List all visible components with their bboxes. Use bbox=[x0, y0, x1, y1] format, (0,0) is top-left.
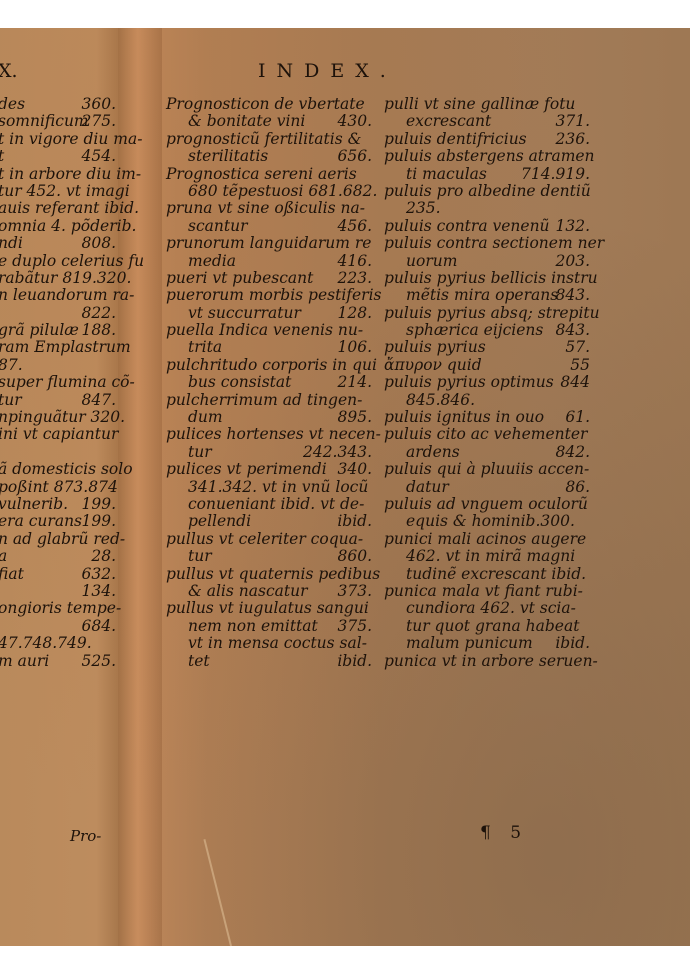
index-entry: vt in mensa coctus sal- bbox=[166, 635, 372, 652]
entry-text: pulices vt perimendi bbox=[166, 461, 327, 478]
index-entry: excrescant371. bbox=[384, 113, 590, 130]
entry-page-number: 895. bbox=[337, 409, 372, 426]
index-entry: puluis ignitus in ouo61. bbox=[384, 409, 590, 426]
entry-text: puluis abstergens atramen bbox=[384, 148, 595, 165]
entry-text: n ad glabrũ red- bbox=[0, 531, 125, 548]
entry-text: ini vt capiantur bbox=[0, 426, 118, 443]
index-entry: puluis qui à pluuiis accen- bbox=[384, 461, 590, 478]
index-entry: n leuandorum ra- bbox=[0, 287, 116, 304]
index-entry: tur242.343. bbox=[166, 444, 372, 461]
entry-text: pueri vt pubescant bbox=[166, 270, 313, 287]
entry-page-number: 860. bbox=[337, 548, 372, 565]
entry-text: equis & hominib.300. bbox=[406, 513, 575, 530]
entry-page-number: 214. bbox=[337, 374, 372, 391]
entry-page-number: 340. bbox=[337, 461, 372, 478]
index-entry: pullus vt iugulatus sangui bbox=[166, 600, 372, 617]
index-entry: pulcherrimum ad tingen- bbox=[166, 392, 372, 409]
entry-text: trita bbox=[188, 339, 222, 356]
index-entry: ndi808. bbox=[0, 235, 116, 252]
entry-text: punici mali acinos augere bbox=[384, 531, 586, 548]
entry-text: auis referant ibid. bbox=[0, 200, 139, 217]
catchword: Pro- bbox=[70, 827, 101, 845]
book-page-scan: X. INDEX. des360.somnificum275.t in vigo… bbox=[0, 28, 690, 946]
entry-text: e duplo celerius fu bbox=[0, 253, 144, 270]
entry-text: vt in mensa coctus sal- bbox=[188, 635, 367, 652]
entry-text: puerorum morbis pestiferis bbox=[166, 287, 382, 304]
entry-page-number: 223. bbox=[337, 270, 372, 287]
entry-text: puluis dentifricius bbox=[384, 131, 527, 148]
entry-page-number: 360. bbox=[81, 96, 116, 113]
index-entry: dum895. bbox=[166, 409, 372, 426]
index-entry: puluis abstergens atramen bbox=[384, 148, 590, 165]
index-entry: Prognosticon de vbertate bbox=[166, 96, 372, 113]
entry-text: puluis cito ac vehementer bbox=[384, 426, 587, 443]
entry-text: des bbox=[0, 96, 25, 113]
index-entry: punici mali acinos augere bbox=[384, 531, 590, 548]
entry-page-number: 199. bbox=[81, 513, 116, 530]
entry-text: prognosticũ fertilitatis & bbox=[166, 131, 361, 148]
index-entry: vulnerib.199. bbox=[0, 496, 116, 513]
entry-page-number: 847. bbox=[81, 392, 116, 409]
index-entry: n ad glabrũ red- bbox=[0, 531, 116, 548]
index-entry: fiat632. bbox=[0, 566, 116, 583]
page-title: INDEX. bbox=[258, 60, 397, 82]
entry-text: pulcherrimum ad tingen- bbox=[166, 392, 362, 409]
entry-text: malum punicum bbox=[406, 635, 533, 652]
entry-text: tet bbox=[188, 653, 210, 670]
entry-text: npinguãtur 320. bbox=[0, 409, 125, 426]
entry-text: tur bbox=[188, 444, 212, 461]
entry-text: conueniant ibid. vt de- bbox=[188, 496, 364, 513]
index-entry: uorum203. bbox=[384, 253, 590, 270]
index-entry: scantur456. bbox=[166, 218, 372, 235]
entry-page-number: 86. bbox=[565, 479, 590, 496]
index-entry: 684. bbox=[0, 618, 116, 635]
entry-text: Prognosticon de vbertate bbox=[166, 96, 365, 113]
index-entry: pulchritudo corporis in qui bbox=[166, 357, 372, 374]
entry-text: vulnerib. bbox=[0, 496, 68, 513]
entry-page-number: 106. bbox=[337, 339, 372, 356]
index-entry: sphærica eijciens843. bbox=[384, 322, 590, 339]
entry-text: puluis qui à pluuiis accen- bbox=[384, 461, 589, 478]
index-entry: prognosticũ fertilitatis & bbox=[166, 131, 372, 148]
index-entry: era curans199. bbox=[0, 513, 116, 530]
entry-text: pullus vt iugulatus sangui bbox=[166, 600, 369, 617]
entry-text: puluis pyrius bbox=[384, 339, 486, 356]
index-entry: pulices vt perimendi340. bbox=[166, 461, 372, 478]
entry-text: datur bbox=[406, 479, 449, 496]
index-entry: ti maculas714.919. bbox=[384, 166, 590, 183]
entry-text: pulli vt sine gallinæ fotu bbox=[384, 96, 575, 113]
signature-mark: ¶ 5 bbox=[480, 823, 521, 843]
index-entry: t in arbore diu im- bbox=[0, 166, 116, 183]
index-entry: 822. bbox=[0, 305, 116, 322]
index-entry: e duplo celerius fu bbox=[0, 253, 116, 270]
index-entry: poßint 873.874 bbox=[0, 479, 116, 496]
entry-text: 845.846. bbox=[406, 392, 475, 409]
entry-page-number: 28. bbox=[91, 548, 116, 565]
index-entry: nem non emittat375. bbox=[166, 618, 372, 635]
entry-page-number: 128. bbox=[337, 305, 372, 322]
index-entry: omnia 4. põderib. bbox=[0, 218, 116, 235]
index-entry: punica mala vt fiant rubi- bbox=[384, 583, 590, 600]
entry-text: ã domesticis solo bbox=[0, 461, 133, 478]
entry-page-number: 242.343. bbox=[303, 444, 372, 461]
index-entry: equis & hominib.300. bbox=[384, 513, 590, 530]
entry-text: ἄπυρον quid bbox=[384, 357, 482, 374]
entry-text: puluis contra venenũ bbox=[384, 218, 550, 235]
entry-text: & bonitate vini bbox=[188, 113, 305, 130]
entry-text: tur 452. vt imagi bbox=[0, 183, 130, 200]
index-entry: Prognostica sereni aeris bbox=[166, 166, 372, 183]
index-entry: bus consistat214. bbox=[166, 374, 372, 391]
entry-text: tur quot grana habeat bbox=[406, 618, 579, 635]
entry-text: poßint 873.874 bbox=[0, 479, 118, 496]
entry-text: puluis pyrius absq; strepitu bbox=[384, 305, 600, 322]
entry-text: sterilitatis bbox=[188, 148, 268, 165]
entry-text: media bbox=[188, 253, 236, 270]
index-entry: grã pilulæ188. bbox=[0, 322, 116, 339]
index-entry: npinguãtur 320. bbox=[0, 409, 116, 426]
entry-page-number: 375. bbox=[337, 618, 372, 635]
entry-text: pulices hortenses vt necen- bbox=[166, 426, 381, 443]
index-entry: pulli vt sine gallinæ fotu bbox=[384, 96, 590, 113]
entry-text: pellendi bbox=[188, 513, 251, 530]
index-entry: 87. bbox=[0, 357, 116, 374]
entry-text: pulchritudo corporis in qui bbox=[166, 357, 377, 374]
entry-text: grã pilulæ bbox=[0, 322, 79, 339]
index-entry: super flumina cõ- bbox=[0, 374, 116, 391]
entry-page-number: 525. bbox=[81, 653, 116, 670]
index-entry: puluis ad vnguem oculorũ bbox=[384, 496, 590, 513]
index-entry: auis referant ibid. bbox=[0, 200, 116, 217]
entry-page-number: 454. bbox=[81, 148, 116, 165]
index-entry: pulices hortenses vt necen- bbox=[166, 426, 372, 443]
entry-page-number: 430. bbox=[337, 113, 372, 130]
entry-text: punica vt in arbore seruen- bbox=[384, 653, 598, 670]
entry-text: bus consistat bbox=[188, 374, 291, 391]
entry-text: ardens bbox=[406, 444, 460, 461]
index-entry: datur86. bbox=[384, 479, 590, 496]
index-entry: 341.342. vt in vnũ locũ bbox=[166, 479, 372, 496]
entry-text: scantur bbox=[188, 218, 247, 235]
entry-page-number: ibid. bbox=[337, 513, 372, 530]
entry-page-number: 822. bbox=[81, 305, 116, 322]
index-entry: ardens842. bbox=[384, 444, 590, 461]
index-entry: tudinẽ excrescant ibid. bbox=[384, 566, 590, 583]
index-entry: puluis pyrius bellicis instru bbox=[384, 270, 590, 287]
entry-page-number: 416. bbox=[337, 253, 372, 270]
index-entry: t454. bbox=[0, 148, 116, 165]
index-entry: sterilitatis656. bbox=[166, 148, 372, 165]
entry-text: ongioris tempe- bbox=[0, 600, 121, 617]
entry-page-number: 371. bbox=[555, 113, 590, 130]
index-entry: pullus vt celeriter coqua- bbox=[166, 531, 372, 548]
index-entry: 134. bbox=[0, 583, 116, 600]
entry-page-number: ibid. bbox=[337, 653, 372, 670]
index-entry: tur847. bbox=[0, 392, 116, 409]
index-entry: pueri vt pubescant223. bbox=[166, 270, 372, 287]
entry-text: dum bbox=[188, 409, 223, 426]
entry-text: pullus vt quaternis pedibus bbox=[166, 566, 380, 583]
index-column-right: pulli vt sine gallinæ fotuexcrescant371.… bbox=[384, 96, 590, 670]
entry-page-number: 61. bbox=[565, 409, 590, 426]
index-entry: vt succurratur128. bbox=[166, 305, 372, 322]
entry-page-number: 632. bbox=[81, 566, 116, 583]
index-entry: media416. bbox=[166, 253, 372, 270]
index-entry: 462. vt in mirã magni bbox=[384, 548, 590, 565]
entry-text: puluis pro albedine dentiũ bbox=[384, 183, 591, 200]
entry-text: era curans bbox=[0, 513, 82, 530]
entry-text: puluis ignitus in ouo bbox=[384, 409, 544, 426]
entry-text: t bbox=[0, 148, 4, 165]
index-entry: puluis pyrius optimus844 bbox=[384, 374, 590, 391]
entry-text: super flumina cõ- bbox=[0, 374, 135, 391]
entry-page-number: 656. bbox=[337, 148, 372, 165]
entry-page-number: 275. bbox=[81, 113, 116, 130]
entry-page-number: 57. bbox=[565, 339, 590, 356]
entry-text: somnificum bbox=[0, 113, 89, 130]
entry-text: 87. bbox=[0, 357, 23, 374]
index-entry: puluis contra sectionem ner bbox=[384, 235, 590, 252]
entry-text: m auri bbox=[0, 653, 49, 670]
entry-text: t in vigore diu ma- bbox=[0, 131, 142, 148]
index-entry: puella Indica venenis nu- bbox=[166, 322, 372, 339]
index-entry: 47.748.749. bbox=[0, 635, 116, 652]
entry-text: puluis pyrius optimus bbox=[384, 374, 554, 391]
entry-page-number: 714.919. bbox=[521, 166, 590, 183]
entry-page-number: 132. bbox=[555, 218, 590, 235]
entry-page-number: 134. bbox=[81, 583, 116, 600]
index-entry: des360. bbox=[0, 96, 116, 113]
index-entry: puluis cito ac vehementer bbox=[384, 426, 590, 443]
index-entry: & bonitate vini430. bbox=[166, 113, 372, 130]
index-entry: & alis nascatur373. bbox=[166, 583, 372, 600]
index-entry: ini vt capiantur bbox=[0, 426, 116, 443]
index-entry: puluis pyrius57. bbox=[384, 339, 590, 356]
entry-text: 341.342. vt in vnũ locũ bbox=[188, 479, 368, 496]
index-entry: tur 452. vt imagi bbox=[0, 183, 116, 200]
entry-text: sphærica eijciens bbox=[406, 322, 543, 339]
entry-text: 680 tẽpestuosi 681.682. bbox=[188, 183, 377, 200]
entry-page-number: 373. bbox=[337, 583, 372, 600]
entry-text: a bbox=[0, 548, 7, 565]
entry-page-number: 203. bbox=[555, 253, 590, 270]
index-entry: somnificum275. bbox=[0, 113, 116, 130]
entry-page-number: 456. bbox=[337, 218, 372, 235]
entry-page-number: 842. bbox=[555, 444, 590, 461]
entry-text: 235. bbox=[406, 200, 441, 217]
index-entry: malum punicumibid. bbox=[384, 635, 590, 652]
entry-text: fiat bbox=[0, 566, 24, 583]
index-entry: rabãtur 819.320. bbox=[0, 270, 116, 287]
index-entry: ã domesticis solo bbox=[0, 461, 116, 478]
index-entry: puluis pyrius absq; strepitu bbox=[384, 305, 590, 322]
entry-page-number: ibid. bbox=[555, 635, 590, 652]
index-entry: punica vt in arbore seruen- bbox=[384, 653, 590, 670]
index-entry: tetibid. bbox=[166, 653, 372, 670]
left-page-column: des360.somnificum275.t in vigore diu ma-… bbox=[0, 96, 116, 670]
entry-text: ndi bbox=[0, 235, 23, 252]
entry-text: n leuandorum ra- bbox=[0, 287, 134, 304]
entry-page-number: 188. bbox=[81, 322, 116, 339]
entry-text: uorum bbox=[406, 253, 457, 270]
index-entry: puluis contra venenũ132. bbox=[384, 218, 590, 235]
index-entry: 235. bbox=[384, 200, 590, 217]
index-entry bbox=[0, 444, 116, 461]
index-entry: trita106. bbox=[166, 339, 372, 356]
entry-text: omnia 4. põderib. bbox=[0, 218, 136, 235]
paper-crease bbox=[203, 839, 232, 946]
entry-text: pullus vt celeriter coqua- bbox=[166, 531, 363, 548]
entry-text: tur bbox=[0, 392, 22, 409]
entry-text: t in arbore diu im- bbox=[0, 166, 141, 183]
entry-text: tur bbox=[188, 548, 212, 565]
index-entry: ongioris tempe- bbox=[0, 600, 116, 617]
entry-text: puella Indica venenis nu- bbox=[166, 322, 363, 339]
entry-text: pruna vt sine oßiculis na- bbox=[166, 200, 365, 217]
index-column-middle: Prognosticon de vbertate& bonitate vini4… bbox=[166, 96, 372, 670]
entry-text: ram Emplastrum bbox=[0, 339, 131, 356]
index-entry: ram Emplastrum bbox=[0, 339, 116, 356]
entry-text: puluis pyrius bellicis instru bbox=[384, 270, 598, 287]
entry-text: 462. vt in mirã magni bbox=[406, 548, 575, 565]
entry-text: ti maculas bbox=[406, 166, 487, 183]
index-entry: tur860. bbox=[166, 548, 372, 565]
index-entry: pullus vt quaternis pedibus bbox=[166, 566, 372, 583]
index-entry: t in vigore diu ma- bbox=[0, 131, 116, 148]
entry-page-number: 844 bbox=[560, 374, 590, 391]
entry-page-number: 199. bbox=[81, 496, 116, 513]
index-entry: puerorum morbis pestiferis bbox=[166, 287, 372, 304]
entry-page-number: 236. bbox=[555, 131, 590, 148]
index-entry: ἄπυρον quid55 bbox=[384, 357, 590, 374]
index-entry: tur quot grana habeat bbox=[384, 618, 590, 635]
index-entry: prunorum languidarum re bbox=[166, 235, 372, 252]
entry-page-number: 843. bbox=[555, 322, 590, 339]
entry-page-number: 843. bbox=[555, 287, 590, 304]
entry-text: puluis contra sectionem ner bbox=[384, 235, 604, 252]
index-entry: a28. bbox=[0, 548, 116, 565]
entry-page-number: 808. bbox=[81, 235, 116, 252]
entry-text: excrescant bbox=[406, 113, 491, 130]
index-entry: puluis dentifricius236. bbox=[384, 131, 590, 148]
index-entry: conueniant ibid. vt de- bbox=[166, 496, 372, 513]
index-entry: 845.846. bbox=[384, 392, 590, 409]
entry-text: & alis nascatur bbox=[188, 583, 307, 600]
entry-text: cundiora 462. vt scia- bbox=[406, 600, 576, 617]
index-entry: puluis pro albedine dentiũ bbox=[384, 183, 590, 200]
entry-text: mẽtis mira operans bbox=[406, 287, 558, 304]
entry-text: punica mala vt fiant rubi- bbox=[384, 583, 583, 600]
entry-text: 47.748.749. bbox=[0, 635, 92, 652]
entry-text: tudinẽ excrescant ibid. bbox=[406, 566, 586, 583]
index-entry: 680 tẽpestuosi 681.682. bbox=[166, 183, 372, 200]
entry-text: nem non emittat bbox=[188, 618, 318, 635]
entry-text: Prognostica sereni aeris bbox=[166, 166, 357, 183]
entry-text: prunorum languidarum re bbox=[166, 235, 371, 252]
left-page-header: X. bbox=[0, 60, 18, 82]
entry-text: rabãtur 819.320. bbox=[0, 270, 131, 287]
entry-text: vt succurratur bbox=[188, 305, 301, 322]
index-entry: mẽtis mira operans843. bbox=[384, 287, 590, 304]
index-entry: m auri525. bbox=[0, 653, 116, 670]
entry-page-number: 684. bbox=[81, 618, 116, 635]
index-entry: pruna vt sine oßiculis na- bbox=[166, 200, 372, 217]
entry-page-number: 55 bbox=[570, 357, 590, 374]
index-entry: cundiora 462. vt scia- bbox=[384, 600, 590, 617]
entry-text: puluis ad vnguem oculorũ bbox=[384, 496, 588, 513]
index-entry: pellendiibid. bbox=[166, 513, 372, 530]
